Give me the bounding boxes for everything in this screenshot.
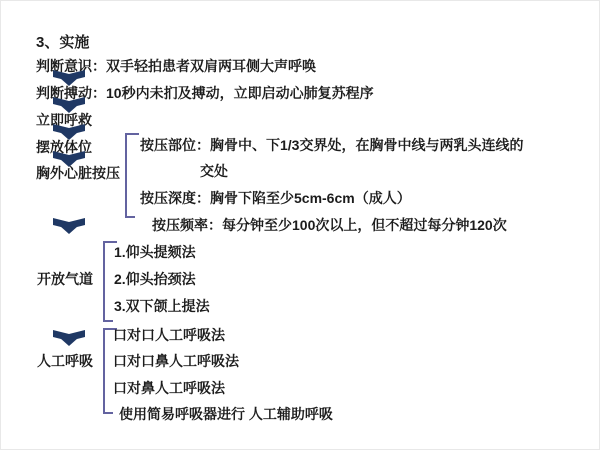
- step-assess-pulse: 判断搏动：10秒内未扪及搏动，立即启动心肺复苏程序: [36, 85, 374, 101]
- slide: 3、实施 判断意识：双手轻拍患者双肩两耳侧大声呼唤 判断搏动：10秒内未扪及搏动…: [0, 0, 600, 450]
- step-open-airway: 开放气道: [37, 271, 93, 287]
- down-arrow-icon: [52, 218, 86, 234]
- compression-depth: 按压深度：胸骨下陷至少5cm-6cm（成人）: [140, 190, 411, 206]
- step-chest-compression: 胸外心脏按压: [36, 165, 120, 181]
- airway-method-3: 3.双下颌上提法: [114, 298, 210, 314]
- page-title: 3、实施: [36, 31, 89, 52]
- breathing-method-2: 口对口鼻人工呼吸法: [113, 353, 239, 369]
- down-arrow-icon: [52, 124, 86, 140]
- airway-method-1: 1.仰头提颏法: [114, 244, 196, 260]
- down-arrow-icon: [52, 70, 86, 86]
- breathing-method-3: 口对鼻人工呼吸法: [113, 380, 225, 396]
- breathing-method-4: 使用简易呼吸器进行 人工辅助呼吸: [119, 406, 333, 422]
- down-arrow-icon: [52, 97, 86, 113]
- compression-site-line2: 交处: [200, 163, 228, 179]
- compression-site-line1: 按压部位：胸骨中、下1/3交界处，在胸骨中线与两乳头连线的: [140, 137, 523, 153]
- compression-rate: 按压频率：每分钟至少100次以上，但不超过每分钟120次: [152, 217, 507, 233]
- down-arrow-icon: [52, 330, 86, 346]
- step-rescue-breathing: 人工呼吸: [37, 353, 93, 369]
- breathing-method-1: 口对口人工呼吸法: [113, 327, 225, 343]
- compression-bracket: [125, 133, 138, 218]
- airway-method-2: 2.仰头抬颈法: [114, 271, 196, 287]
